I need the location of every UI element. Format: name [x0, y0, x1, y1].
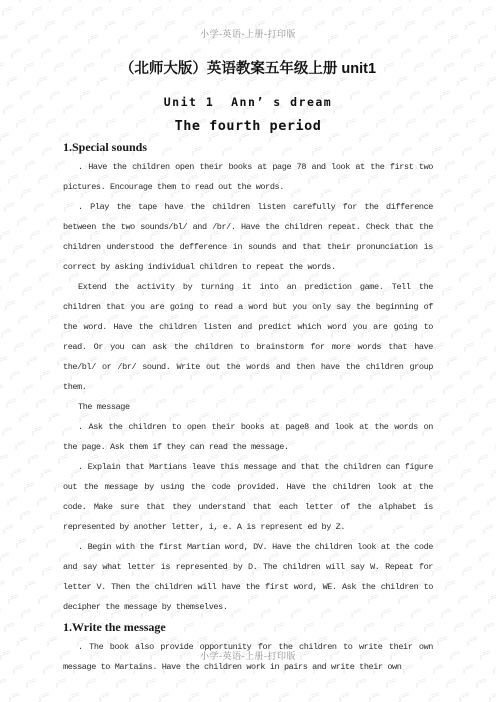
- paragraph-subheading-the-message: The message: [63, 397, 433, 417]
- watermark-logo-icon: J: [300, 6, 314, 17]
- watermark-logo-icon: J: [120, 6, 134, 17]
- paragraph: . Explain that Martians leave this messa…: [63, 457, 433, 537]
- watermark-logo-icon: J: [90, 6, 104, 17]
- watermark-logo-icon: J: [30, 6, 44, 17]
- watermark-logo-icon: J: [150, 6, 164, 17]
- paragraph: . Have the children open their books at …: [63, 157, 433, 197]
- watermark-logo-icon: J: [24, 678, 38, 689]
- watermark-logo-icon: J: [367, 692, 381, 702]
- watermark-logo-icon: J: [60, 6, 74, 17]
- watermark-logo-icon: J: [270, 6, 284, 17]
- watermark-logo-icon: J: [347, 0, 361, 4]
- watermark-logo-icon: J: [444, 678, 458, 689]
- page-header: 小学-英语-上册-打印版: [0, 28, 496, 40]
- watermark-logo-icon: J: [264, 678, 278, 689]
- watermark-logo-icon: J: [137, 0, 151, 4]
- watermark-logo-icon: J: [480, 6, 494, 17]
- watermark-logo-icon: J: [180, 6, 194, 17]
- watermark-logo-icon: J: [37, 692, 51, 702]
- watermark-logo-icon: J: [144, 678, 158, 689]
- watermark-logo-icon: J: [377, 0, 391, 4]
- watermark-logo-icon: J: [227, 0, 241, 4]
- paragraph: . Play the tape have the children listen…: [63, 197, 433, 277]
- watermark-logo-icon: J: [67, 692, 81, 702]
- page-footer: 小学-英语-上册-打印版: [0, 650, 496, 662]
- watermark-logo-icon: J: [427, 692, 441, 702]
- watermark-logo-icon: J: [360, 6, 374, 17]
- watermark-logo-icon: J: [204, 678, 218, 689]
- paragraph: . Begin with the first Martian word, DV.…: [63, 537, 433, 617]
- watermark-logo-icon: J: [77, 0, 91, 4]
- watermark-logo-icon: J: [84, 678, 98, 689]
- watermark-logo-icon: J: [174, 678, 188, 689]
- watermark-logo-icon: J: [247, 692, 261, 702]
- watermark-logo-icon: J: [234, 678, 248, 689]
- watermark-logo-icon: J: [450, 6, 464, 17]
- watermark-logo-icon: J: [17, 0, 31, 4]
- watermark-logo-icon: J: [337, 692, 351, 702]
- watermark-logo-icon: J: [167, 0, 181, 4]
- watermark-logo-icon: J: [47, 0, 61, 4]
- watermark-logo-icon: J: [187, 692, 201, 702]
- watermark-logo-icon: J: [127, 692, 141, 702]
- watermark-logo-icon: J: [97, 692, 111, 702]
- unit-title: Unit 1 Ann’ s dream: [0, 94, 496, 110]
- watermark-logo-icon: J: [257, 0, 271, 4]
- watermark-logo-icon: J: [210, 6, 224, 17]
- watermark-logo-icon: J: [114, 678, 128, 689]
- watermark-logo-icon: J: [467, 0, 481, 4]
- watermark-logo-icon: J: [354, 678, 368, 689]
- watermark-logo-icon: J: [107, 0, 121, 4]
- watermark-logo-icon: J: [240, 6, 254, 17]
- watermark-logo-icon: J: [324, 678, 338, 689]
- paragraph: Extend the activity by turning it into a…: [63, 277, 433, 397]
- watermark-logo-icon: J: [307, 692, 321, 702]
- watermark-logo-icon: J: [407, 0, 421, 4]
- watermark-logo-icon: J: [54, 678, 68, 689]
- watermark-logo-icon: J: [217, 692, 231, 702]
- watermark-logo-icon: J: [7, 692, 21, 702]
- watermark-logo-icon: J: [277, 692, 291, 702]
- watermark-logo-icon: J: [0, 0, 1, 4]
- watermark-logo-icon: J: [0, 6, 14, 17]
- watermark-logo-icon: J: [397, 692, 411, 702]
- paragraph: . Ask the children to open their books a…: [63, 417, 433, 457]
- document-page: JJJJJJJJJJJJJJJJJJJJJJJJJJJJJJJJJJJJJJJJ…: [0, 0, 496, 702]
- page-content: 小学-英语-上册-打印版 （北师大版）英语教案五年级上册 unit1 Unit …: [0, 28, 496, 677]
- doc-title: （北师大版）英语教案五年级上册 unit1: [0, 60, 496, 78]
- section-heading-write-the-message: 1.Write the message: [63, 617, 433, 637]
- watermark-logo-icon: J: [487, 692, 496, 702]
- watermark-logo-icon: J: [317, 0, 331, 4]
- watermark-logo-icon: J: [287, 0, 301, 4]
- document-body: 1.Special sounds . Have the children ope…: [63, 137, 433, 677]
- watermark-logo-icon: J: [384, 678, 398, 689]
- watermark-logo-icon: J: [157, 692, 171, 702]
- watermark-logo-icon: J: [414, 678, 428, 689]
- section-heading-special-sounds: 1.Special sounds: [63, 137, 433, 157]
- watermark-logo-icon: J: [437, 0, 451, 4]
- watermark-logo-icon: J: [0, 678, 8, 689]
- watermark-logo-icon: J: [330, 6, 344, 17]
- watermark-logo-icon: J: [457, 692, 471, 702]
- watermark-logo-icon: J: [474, 678, 488, 689]
- watermark-logo-icon: J: [197, 0, 211, 4]
- watermark-logo-icon: J: [390, 6, 404, 17]
- watermark-logo-icon: J: [420, 6, 434, 17]
- period-title: The fourth period: [0, 118, 496, 135]
- watermark-logo-icon: J: [294, 678, 308, 689]
